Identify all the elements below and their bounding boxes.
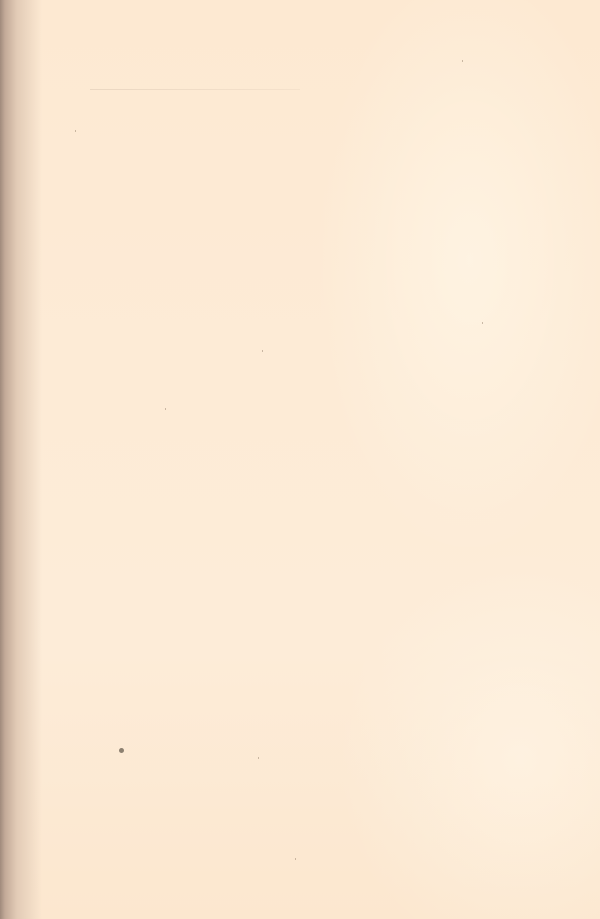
blank-book-page xyxy=(0,0,600,919)
paper-speck xyxy=(119,748,124,753)
show-through-line xyxy=(90,89,300,90)
paper-fleck xyxy=(258,757,259,759)
paper-fleck xyxy=(262,350,263,352)
paper-fleck xyxy=(482,322,483,324)
paper-fleck xyxy=(462,60,463,62)
paper-fleck xyxy=(75,130,76,132)
binding-gutter-shadow xyxy=(0,0,42,919)
paper-fleck xyxy=(165,408,166,410)
paper-fleck xyxy=(295,858,296,860)
